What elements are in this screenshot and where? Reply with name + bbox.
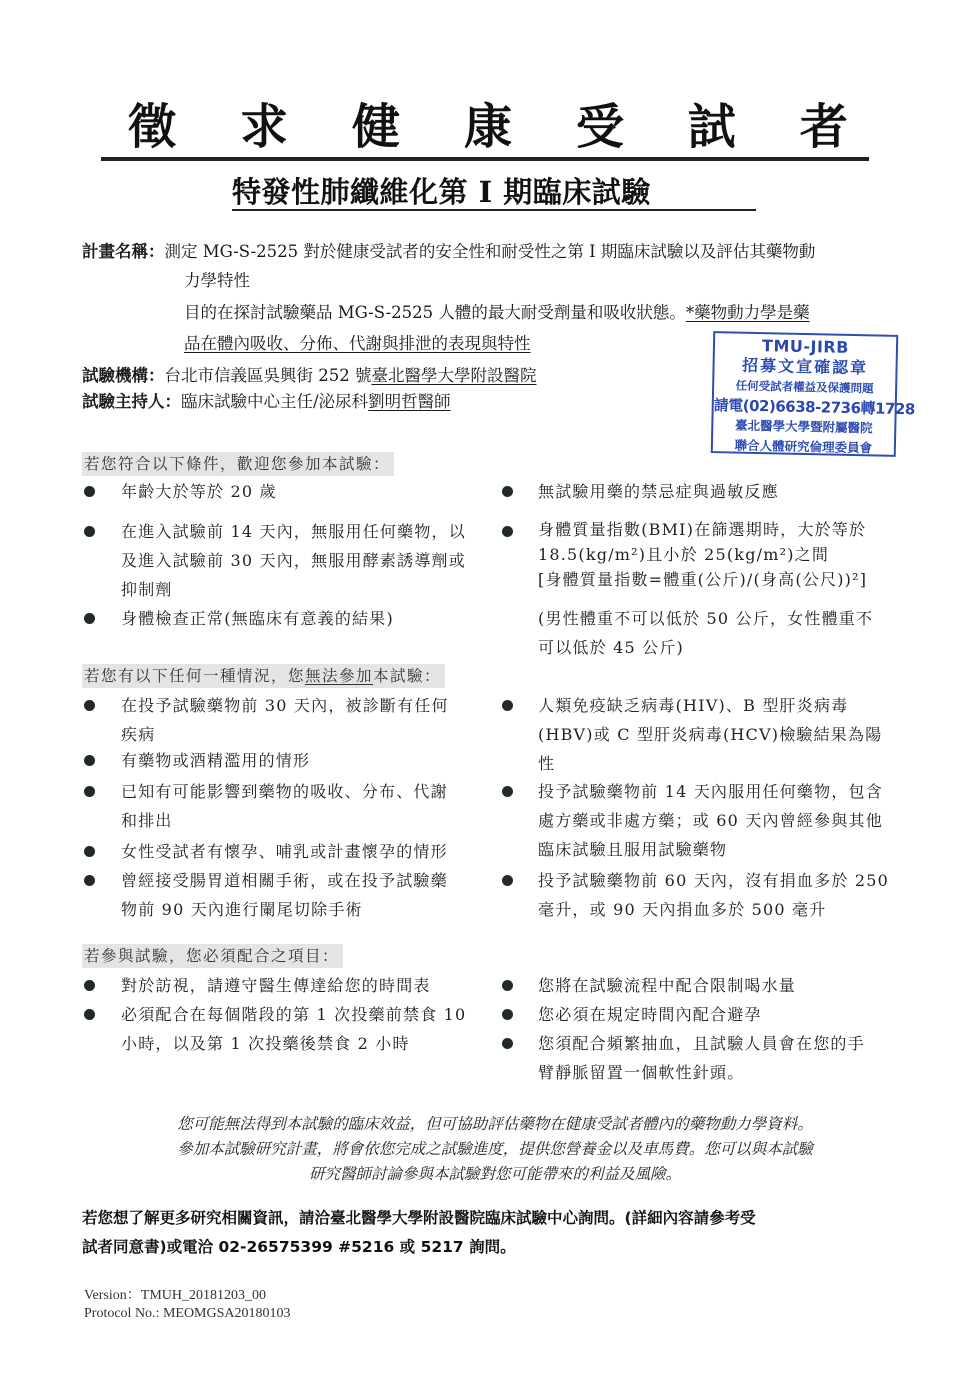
- exclusion-item: 在投予試驗藥物前 30 天內，被診斷有任何 疾病: [121, 691, 449, 749]
- requirement-item: 對於訪視，請遵守醫生傳達給您的時間表: [121, 971, 431, 1000]
- bullet-icon: [84, 1009, 95, 1020]
- pk-definition: *藥物動力學是藥: [686, 303, 810, 322]
- plan-text-cont: 力學特性: [184, 271, 250, 291]
- bullet-icon: [502, 786, 513, 797]
- contact-paragraph: 若您想了解更多研究相關資訊，請洽臺北醫學大學附設醫院臨床試驗中心詢問。(詳細內容…: [82, 1204, 912, 1262]
- exclusion-item: 人類免疫缺乏病毒(HIV)、B 型肝炎病毒 (HBV)或 C 型肝炎病毒(HCV…: [538, 691, 882, 778]
- eligibility-item: 無試驗用藥的禁忌症與過敏反應: [538, 477, 779, 506]
- bullet-icon: [84, 786, 95, 797]
- plan-name-line: 計畫名稱：測定 MG-S-2525 對於健康受試者的安全性和耐受性之第 I 期臨…: [82, 242, 815, 262]
- title-char: 求: [240, 88, 288, 157]
- bullet-icon: [502, 1009, 513, 1020]
- page-title: 徵 求 健 康 受 試 者: [100, 92, 870, 152]
- title-char: 康: [464, 88, 512, 157]
- bullet-icon: [84, 755, 95, 766]
- title-underline: [101, 157, 869, 161]
- pi-role: 臨床試驗中心主任/泌尿科: [181, 392, 368, 411]
- title-char: 者: [800, 88, 848, 157]
- purpose-text: 目的在探討試驗藥品 MG-S-2525 人體的最大耐受劑量和吸收狀態。: [184, 303, 686, 322]
- eligibility-item: 身體質量指數(BMI)在篩選期時，大於等於 18.5(kg/m²)且小於 25(…: [538, 517, 867, 592]
- requirement-item: 必須配合在每個階段的第 1 次投藥前禁食 10 小時，以及第 1 次投藥後禁食 …: [121, 1000, 466, 1058]
- title-char: 試: [688, 88, 736, 157]
- bullet-icon: [502, 526, 513, 537]
- bullet-icon: [502, 1038, 513, 1049]
- exclusion-item: 投予試驗藥物前 60 天內，沒有捐血多於 250 毫升，或 90 天內捐血多於 …: [538, 866, 889, 924]
- requirement-item: 您將在試驗流程中配合限制喝水量: [538, 971, 796, 1000]
- title-char: 健: [352, 88, 400, 157]
- subtitle-underline: [232, 209, 756, 211]
- benefits-paragraph: 您可能無法得到本試驗的臨床效益，但可協助評估藥物在健康受試者體內的藥物動力學資料…: [85, 1112, 905, 1187]
- eligibility-heading: 若您符合以下條件，歡迎您參加本試驗：: [82, 452, 394, 476]
- requirement-item: 您須配合頻繁抽血，且試驗人員會在您的手 臂靜脈留置一個軟性針頭。: [538, 1029, 865, 1087]
- bullet-icon: [502, 875, 513, 886]
- bullet-icon: [502, 980, 513, 991]
- requirement-item: 您必須在規定時間內配合避孕: [538, 1000, 762, 1029]
- bullet-icon: [84, 846, 95, 857]
- exclusion-item: 女性受試者有懷孕、哺乳或計畫懷孕的情形: [121, 837, 448, 866]
- stamp-line: 聯合人體研究倫理委員會: [713, 435, 894, 459]
- bullet-icon: [84, 980, 95, 991]
- pi-label: 試驗主持人：: [82, 392, 181, 411]
- requirements-heading: 若參與試驗，您必須配合之項目：: [82, 944, 343, 968]
- bullet-icon: [502, 700, 513, 711]
- protocol-number: Protocol No.: MEOMGSA20180103: [84, 1304, 291, 1323]
- institution-name: 臺北醫學大學附設醫院: [371, 366, 536, 385]
- page-subtitle: 特發性肺纖維化第 I 期臨床試驗: [232, 170, 651, 210]
- plan-label: 計畫名稱：: [82, 242, 165, 261]
- institution-address: 台北市信義區吳興街 252 號: [165, 366, 372, 385]
- bullet-icon: [84, 875, 95, 886]
- exclusion-item: 投予試驗藥物前 14 天內服用任何藥物，包含 處方藥或非處方藥；或 60 天內曾…: [538, 777, 883, 864]
- weight-note: (男性體重不可以低於 50 公斤，女性體重不 可以低於 45 公斤): [538, 604, 873, 662]
- purpose-line-1: 目的在探討試驗藥品 MG-S-2525 人體的最大耐受劑量和吸收狀態。*藥物動力…: [184, 303, 810, 323]
- plan-text: 測定 MG-S-2525 對於健康受試者的安全性和耐受性之第 I 期臨床試驗以及…: [165, 242, 816, 261]
- institution-label: 試驗機構：: [82, 366, 165, 385]
- exclusion-item: 已知有可能影響到藥物的吸收、分布、代謝 和排出: [121, 777, 448, 835]
- bullet-icon: [84, 700, 95, 711]
- title-char: 受: [576, 88, 624, 157]
- bullet-icon: [84, 526, 95, 537]
- version-label: Version：TMUH_20181203_00: [84, 1286, 266, 1305]
- eligibility-item: 年齡大於等於 20 歲: [121, 477, 277, 506]
- eligibility-item: 在進入試驗前 14 天內，無服用任何藥物，以 及進入試驗前 30 天內，無服用酵…: [121, 517, 466, 604]
- bullet-icon: [84, 613, 95, 624]
- purpose-line-2: 品在體內吸收、分佈、代謝與排泄的表現與特性: [184, 334, 531, 354]
- bullet-icon: [502, 486, 513, 497]
- bullet-icon: [84, 486, 95, 497]
- pi-line: 試驗主持人：臨床試驗中心主任/泌尿科劉明哲醫師: [82, 392, 451, 412]
- exclusion-item: 有藥物或酒精濫用的情形: [121, 746, 310, 775]
- exclusion-heading: 若您有以下任何一種情況，您無法參加本試驗：: [82, 664, 445, 688]
- irb-approval-stamp: TMU-JIRB 招募文宣確認章 任何受試者權益及保護問題 請電(02)6638…: [711, 331, 899, 457]
- exclusion-item: 曾經接受腸胃道相關手術，或在投予試驗藥 物前 90 天內進行闌尾切除手術: [121, 866, 448, 924]
- institution-line: 試驗機構：台北市信義區吳興街 252 號臺北醫學大學附設醫院: [82, 366, 536, 386]
- title-char: 徵: [128, 88, 176, 157]
- eligibility-item: 身體檢查正常(無臨床有意義的結果): [121, 604, 394, 633]
- pi-name: 劉明哲醫師: [368, 392, 451, 411]
